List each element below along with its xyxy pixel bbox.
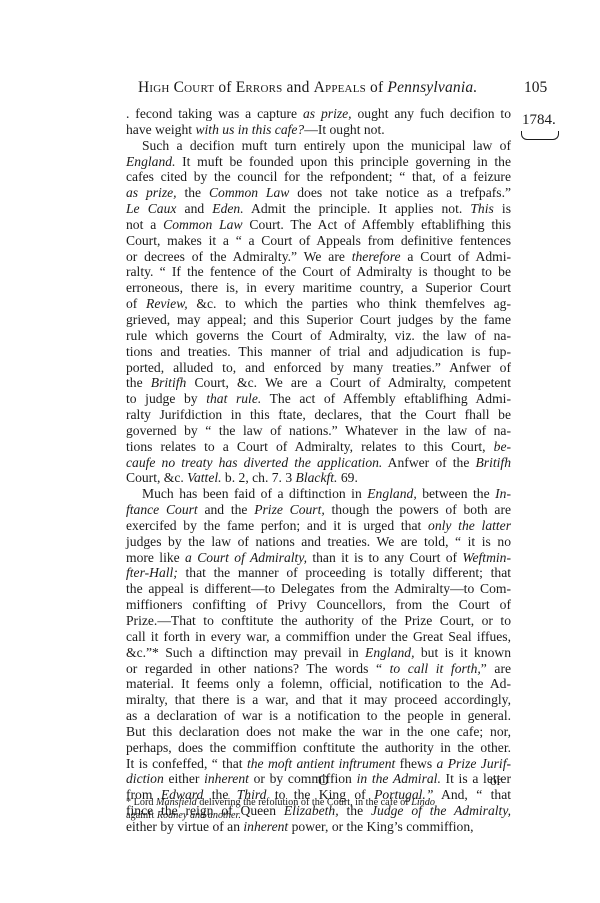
text-segment: does not take notice as a trefpafs.” [289,185,511,200]
text-segment: againft [126,810,157,821]
text-segment: is [494,201,511,216]
text-segment: to judge by [126,391,206,406]
running-head-part: High Court [138,79,214,96]
margin-year: 1784. [522,112,556,129]
italic-segment: Lindo [411,797,435,808]
text-segment: have weight [126,122,195,137]
italic-segment: be- [494,439,511,454]
text-segment: ought any fuch decifion to [352,106,511,121]
text-segment: the [126,375,151,390]
text-line: tions and treaties. This manner of trial… [126,344,511,360]
text-segment: ralty Jurifdiction in this ftate, declar… [126,407,511,422]
italic-segment: Mansfield [156,797,197,808]
text-segment: rule which governs the Court of Admiralt… [126,328,511,343]
italic-segment: fter-Hall; [126,565,178,580]
italic-segment: the moft antient inftrument [247,756,395,771]
text-segment: Court, &c. We are a Court of Admiralty, … [186,375,511,390]
text-segment: than it is to any Court of [307,550,462,565]
text-line: the Britifh Court, &c. We are a Court of… [126,375,511,391]
text-segment: b. 2, ch. 7. 3 [222,470,296,485]
text-segment: miffioners confifting of Privy Councello… [126,597,511,612]
italic-segment: Common Law [163,217,242,232]
text-line: call it forth in every war, a commiffion… [126,629,511,645]
text-segment: the appeal is different—to Delegates fro… [126,581,511,596]
text-segment: though the powers of both are [325,502,511,517]
italic-segment: Blackft. [296,470,338,485]
text-segment: 69. [337,470,357,485]
text-line: It is confeffed, “ that the moft antient… [126,756,511,772]
running-head-part: of [366,79,387,96]
text-line: caufe no treaty has diverted the applica… [126,455,511,471]
text-segment: It muft be founded upon this principle g… [175,154,511,169]
book-page: High Court of Errors and Appeals of Penn… [0,0,600,903]
text-line: ported, alluded to, and enforced by many… [126,360,511,376]
text-segment: Much has been faid of a diftinction in [142,486,367,501]
italic-segment: with us in this cafe? [195,122,304,137]
text-line: as prize, the Common Law does not take n… [126,185,511,201]
text-segment: that the manner of proceeding is totally… [178,565,511,580]
page-number: 105 [524,79,547,97]
text-line: miffioners confifting of Privy Councello… [126,597,511,613]
text-line: . fecond taking was a capture as prize, … [126,106,511,122]
text-line: ralty. “ If the fentence of the Court of… [126,264,511,280]
text-segment: delivering the refolution of the Court, … [197,797,411,808]
text-segment: ported, alluded to, and enforced by many… [126,360,511,375]
italic-segment: Weftmin- [462,550,511,565]
text-segment: between the [417,486,495,501]
text-segment: Court. The Act of Affembly eftablifhing … [243,217,511,232]
italic-segment: that rule. [206,391,261,406]
text-segment: not a [126,217,163,232]
text-line: of Review, &c. to which the parties who … [126,296,511,312]
italic-segment: only the latter [428,518,511,533]
text-segment: or decrees of the Admiralty.” We are [126,249,352,264]
text-segment: &c. to which the parties who think themf… [188,296,511,311]
text-line: Court, &c. Vattel. b. 2, ch. 7. 3 Blackf… [126,470,511,486]
text-segment: judges by the law of nations and treatie… [126,534,511,549]
text-line: as a declaration of war is a notificatio… [126,708,511,724]
text-line: material. It feems only a folemn, offici… [126,676,511,692]
text-segment: * Lord [126,797,156,808]
text-segment: fhews [395,756,436,771]
text-segment: call it forth in every war, a commiffion… [126,629,511,644]
text-segment: a Court of Admi- [401,249,511,264]
italic-segment: England, [367,486,416,501]
text-line: England. It muft be founded upon this pr… [126,154,511,170]
text-line: perhaps, does the commiffion conftitute … [126,740,511,756]
text-line: or decrees of the Admiralty.” We are the… [126,249,511,265]
text-line: miralty, that there is a war, and that i… [126,692,511,708]
text-segment: and the [198,502,255,517]
italic-segment: Le Caux [126,201,176,216]
italic-segment: a Prize Jurif- [437,756,511,771]
text-segment: material. It feems only a folemn, offici… [126,676,511,691]
text-line: erroneous, there is, in every maritime c… [126,280,511,296]
running-head-part: Pennsylvania. [387,79,477,96]
text-segment: but is it known [415,645,512,660]
text-segment: exercifed by the fame perfon; and it is … [126,518,428,533]
text-segment: &c.”* Such a diftinction may prevail in [126,645,365,660]
running-head: High Court of Errors and Appeals of Penn… [138,79,558,97]
running-head-part: Appeals [314,79,366,96]
text-line: Le Caux and Eden. Admit the principle. I… [126,201,511,217]
italic-segment: as prize, [126,185,177,200]
text-line: tions relates to a Court of Admiralty, r… [126,439,511,455]
text-line: the appeal is different—to Delegates fro… [126,581,511,597]
text-segment: grieved, may appeal; and this Superior C… [126,312,511,327]
italic-segment: diction [126,771,164,786]
text-line: Much has been faid of a diftinction in E… [126,486,511,502]
text-segment: Such a decifion muft turn entirely upon … [142,138,511,153]
text-line: Such a decifion muft turn entirely upon … [126,138,511,154]
text-segment: Court, &c. [126,470,187,485]
text-segment: ralty. “ If the fentence of the Court of… [126,264,511,279]
italic-segment: Britifh [151,375,187,390]
text-segment: perhaps, does the commiffion conftitute … [126,740,511,755]
text-line: judges by the law of nations and treatie… [126,534,511,550]
text-segment: the [177,185,209,200]
brace-icon [521,131,559,140]
text-segment: erroneous, there is, in every maritime c… [126,280,511,295]
italic-segment: Review, [146,296,188,311]
text-line: cafes cited by the council for the refpo… [126,169,511,185]
text-segment: Court, makes it a “ a Court of Appeals f… [126,233,511,248]
text-line: governed by “ the law of nations.” Whate… [126,423,511,439]
text-line: againft Rodney and another. [126,809,511,822]
text-line: But this declaration does not make the w… [126,724,511,740]
text-line: ralty Jurifdiction in this ftate, declar… [126,407,511,423]
text-segment: Anfwer of the [382,455,475,470]
text-segment: It is confeffed, “ that [126,756,247,771]
italic-segment: as prize, [303,106,352,121]
italic-segment: inherent [204,771,249,786]
italic-segment: Common Law [209,185,289,200]
italic-segment: This [470,201,493,216]
text-segment: The act of Affembly eftablifhing Admi- [261,391,511,406]
running-head-part: Errors [236,79,283,96]
text-line: have weight with us in this cafe?—It oug… [126,122,511,138]
text-segment: more like [126,550,185,565]
italic-segment: In- [495,486,511,501]
text-segment: cafes cited by the council for the refpo… [126,169,511,184]
text-segment: or regarded in other nations? The words … [126,661,390,676]
italic-segment: Rodney and another. [157,810,241,821]
italic-segment: ftance Court [126,502,198,517]
footnote: * Lord Mansfield delivering the refoluti… [126,796,511,822]
signature-mark: O [318,773,329,790]
catchword: or [490,773,501,789]
italic-segment: caufe no treaty has diverted the applica… [126,455,382,470]
text-segment: tions and treaties. This manner of trial… [126,344,511,359]
text-segment: Prize.—That to conftitute the authority … [126,613,511,628]
text-segment: —It ought not. [304,122,384,137]
italic-segment: England. [126,154,175,169]
italic-segment: Prize Court, [254,502,325,517]
text-segment: . fecond taking was a capture [126,106,303,121]
italic-segment: England, [365,645,414,660]
text-line: or regarded in other nations? The words … [126,661,511,677]
italic-segment: in the Admiral. [357,771,441,786]
italic-segment: Eden. [212,201,243,216]
running-head-part: of [214,79,235,96]
text-line: exercifed by the fame perfon; and it is … [126,518,511,534]
text-line: grieved, may appeal; and this Superior C… [126,312,511,328]
text-segment: of [126,296,146,311]
text-line: ftance Court and the Prize Court, though… [126,502,511,518]
text-line: more like a Court of Admiralty, than it … [126,550,511,566]
text-segment: But this declaration does not make the w… [126,724,511,739]
text-line: fter-Hall; that the manner of proceeding… [126,565,511,581]
text-segment: either [164,771,204,786]
text-segment: ” are [481,661,511,676]
italic-segment: Britifh [476,455,512,470]
text-segment: and [176,201,212,216]
running-head-part: and [282,79,313,96]
italic-segment: to call it forth, [390,661,481,676]
italic-segment: therefore [352,249,401,264]
text-segment: Admit the principle. It applies not. [244,201,471,216]
text-line: not a Common Law Court. The Act of Affem… [126,217,511,233]
text-line: &c.”* Such a diftinction may prevail in … [126,645,511,661]
text-line: to judge by that rule. The act of Affemb… [126,391,511,407]
italic-segment: a Court of Admiralty, [185,550,307,565]
text-line: rule which governs the Court of Admiralt… [126,328,511,344]
text-segment: or by commiffion [249,771,357,786]
text-segment: tions relates to a Court of Admiralty, r… [126,439,494,454]
body-text: . fecond taking was a capture as prize, … [126,106,511,835]
text-segment: as a declaration of war is a notificatio… [126,708,511,723]
text-segment: governed by “ the law of nations.” Whate… [126,423,511,438]
text-line: * Lord Mansfield delivering the refoluti… [126,796,511,809]
text-segment: miralty, that there is a war, and that i… [126,692,511,707]
italic-segment: Vattel. [187,470,221,485]
text-line: Court, makes it a “ a Court of Appeals f… [126,233,511,249]
text-line: Prize.—That to conftitute the authority … [126,613,511,629]
